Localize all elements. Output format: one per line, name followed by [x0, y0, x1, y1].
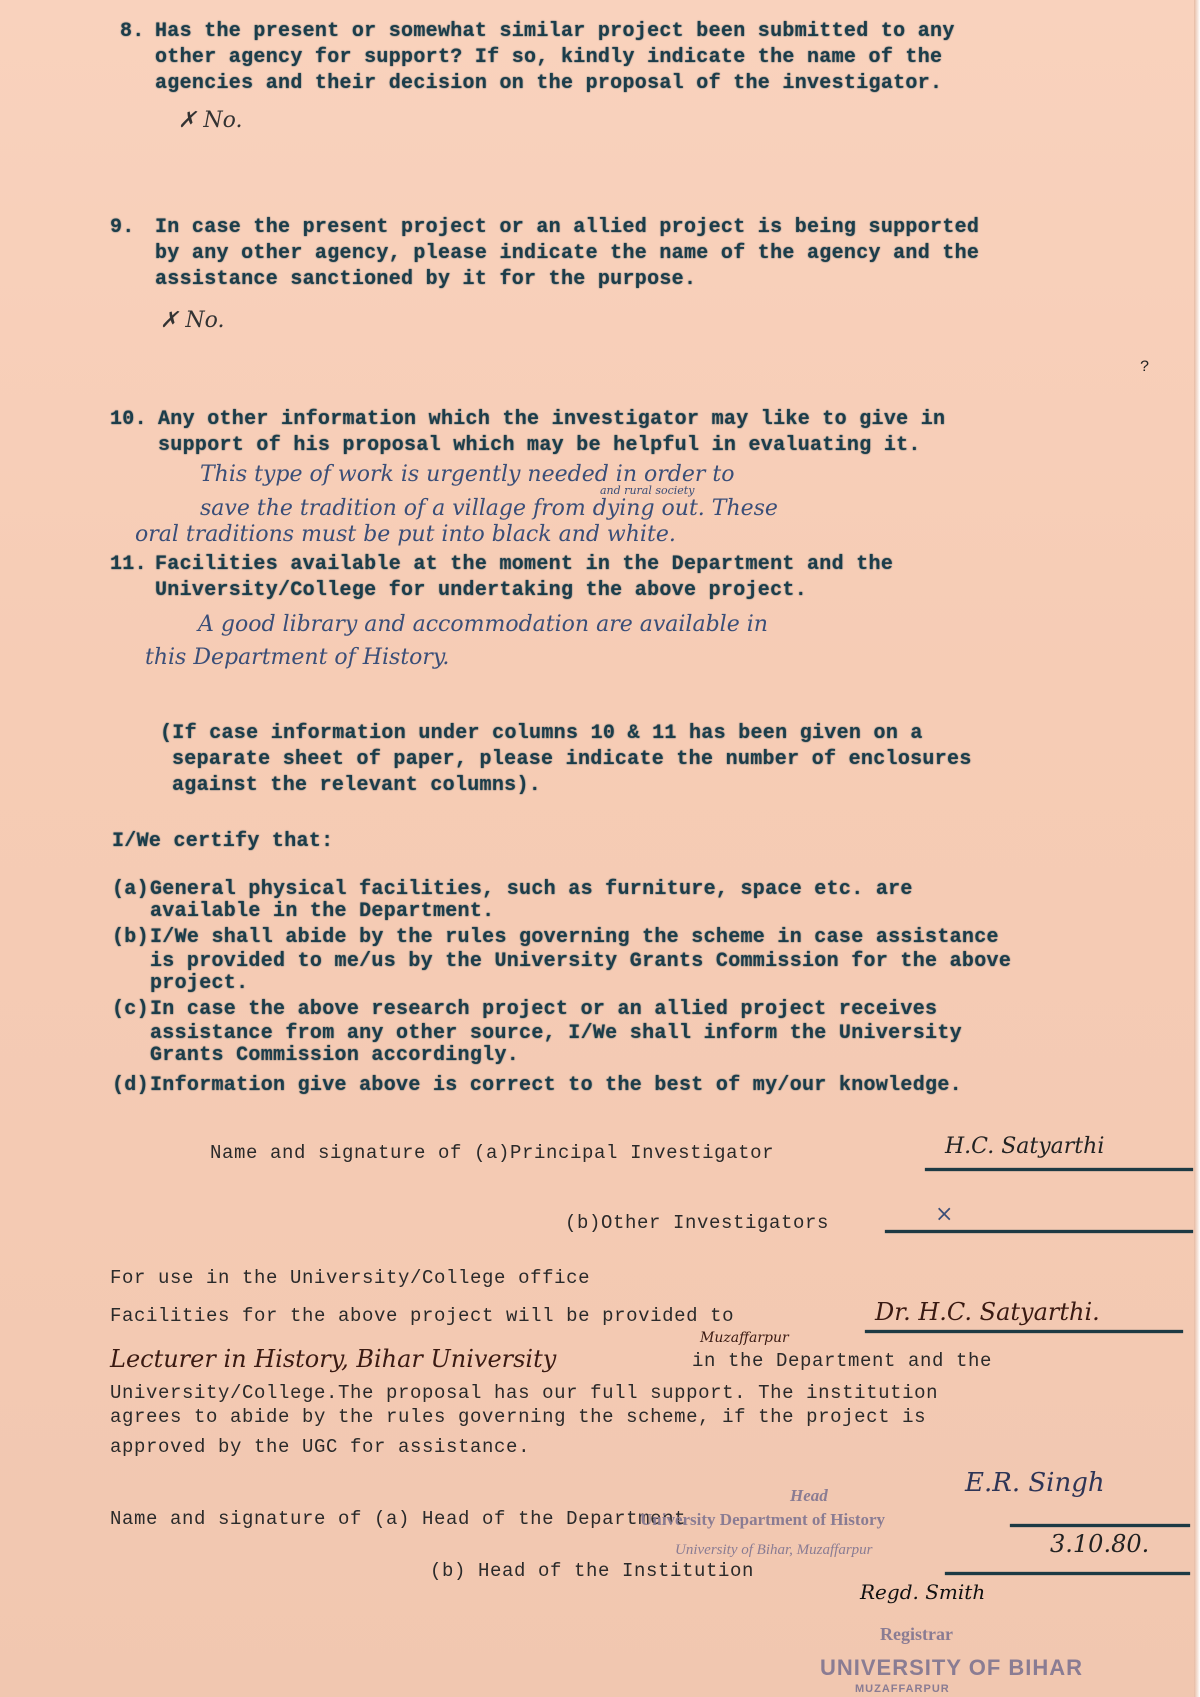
stamp-department: University Department of History [640, 1510, 885, 1530]
q11-answer-line-2: this Department of History. [145, 645, 449, 670]
head-institution-label: (b) Head of the Institution [430, 1560, 754, 1582]
head-dept-signature[interactable]: E.R. Singh [965, 1468, 1105, 1498]
certify-b-label: (b) [112, 926, 149, 949]
stamp-head: Head [790, 1486, 828, 1506]
q11-answer-line-1: A good library and accommodation are ava… [198, 612, 768, 637]
q9-number: 9. [110, 216, 135, 239]
office-line2-suffix: in the Department and the [692, 1350, 992, 1372]
certify-heading: I/We certify that: [112, 830, 333, 853]
other-signature-line [885, 1230, 1193, 1233]
head-dept-label: Name and signature of (a) Head of the De… [110, 1508, 686, 1530]
q9-line-3: assistance sanctioned by it for the purp… [155, 268, 696, 291]
office-line-3: University/College.The proposal has our … [110, 1382, 938, 1404]
certify-d-label: (d) [112, 1074, 149, 1097]
certify-b-line-2: is provided to me/us by the University G… [150, 950, 1011, 973]
note-line-1: (If case information under columns 10 & … [160, 722, 923, 745]
principal-investigator-label: Name and signature of (a)Principal Inves… [210, 1142, 774, 1164]
certify-c-line-2: assistance from any other source, I/We s… [150, 1022, 962, 1045]
office-recipient-name[interactable]: Dr. H.C. Satyarthi. [875, 1298, 1100, 1326]
certify-a-line-2: available in the Department. [150, 900, 494, 923]
other-investigators-label: (b)Other Investigators [565, 1212, 829, 1234]
q11-line-2: University/College for undertaking the a… [155, 579, 807, 602]
certify-d-line-1: Information give above is correct to the… [150, 1074, 962, 1097]
stamp-city: MUZAFFARPUR [855, 1683, 950, 1695]
office-heading: For use in the University/College office [110, 1267, 590, 1289]
margin-question-mark: ? [1140, 358, 1150, 376]
certify-c-line-3: Grants Commission accordingly. [150, 1044, 519, 1067]
note-line-2: separate sheet of paper, please indicate… [172, 748, 972, 771]
certify-a-line-1: General physical facilities, such as fur… [150, 878, 913, 901]
office-recipient-line [865, 1330, 1183, 1333]
note-line-3: against the relevant columns). [172, 774, 541, 797]
q8-line-1: Has the present or somewhat similar proj… [155, 20, 955, 43]
office-line-4: agrees to abide by the rules governing t… [110, 1406, 926, 1428]
certify-c-label: (c) [112, 998, 149, 1021]
office-line1-prefix: Facilities for the above project will be… [110, 1305, 734, 1327]
q10-line-2: support of his proposal which may be hel… [158, 434, 921, 457]
head-institution-signature[interactable]: Regd. Smith [860, 1580, 985, 1604]
stamp-university: UNIVERSITY OF BIHAR [820, 1655, 1083, 1681]
q11-number: 11. [110, 553, 147, 576]
office-recipient-insert: Muzaffarpur [700, 1330, 789, 1346]
q8-answer: ✗ No. [178, 108, 243, 133]
q10-answer-line-2: save the tradition of a village from dyi… [200, 496, 778, 521]
office-recipient-position[interactable]: Lecturer in History, Bihar University [110, 1345, 556, 1373]
certify-c-line-1: In case the above research project or an… [150, 998, 937, 1021]
page-edge [1194, 0, 1200, 1697]
certify-b-line-3: project. [150, 972, 248, 995]
q9-answer: ✗ No. [160, 308, 225, 333]
q9-line-2: by any other agency, please indicate the… [155, 242, 979, 265]
other-investigators-value[interactable]: × [935, 1202, 953, 1227]
certify-a-label: (a) [112, 878, 149, 901]
head-institution-line [945, 1572, 1190, 1575]
q8-line-3: agencies and their decision on the propo… [155, 72, 942, 95]
principal-signature-line [925, 1168, 1193, 1171]
q10-number: 10. [110, 408, 147, 431]
q9-line-1: In case the present project or an allied… [155, 216, 979, 239]
office-line-5: approved by the UGC for assistance. [110, 1436, 530, 1458]
q8-number: 8. [120, 20, 145, 43]
q10-answer-line-3: oral traditions must be put into black a… [135, 522, 676, 547]
q11-line-1: Facilities available at the moment in th… [155, 553, 893, 576]
q10-line-1: Any other information which the investig… [158, 408, 945, 431]
head-dept-line [1010, 1524, 1190, 1527]
stamp-registrar: Registrar [880, 1624, 953, 1645]
certify-b-line-1: I/We shall abide by the rules governing … [150, 926, 999, 949]
head-dept-date: 3.10.80. [1050, 1530, 1149, 1558]
principal-investigator-signature[interactable]: H.C. Satyarthi [945, 1134, 1104, 1159]
stamp-university-sub: University of Bihar, Muzaffarpur [675, 1542, 873, 1559]
q8-line-2: other agency for support? If so, kindly … [155, 46, 942, 69]
